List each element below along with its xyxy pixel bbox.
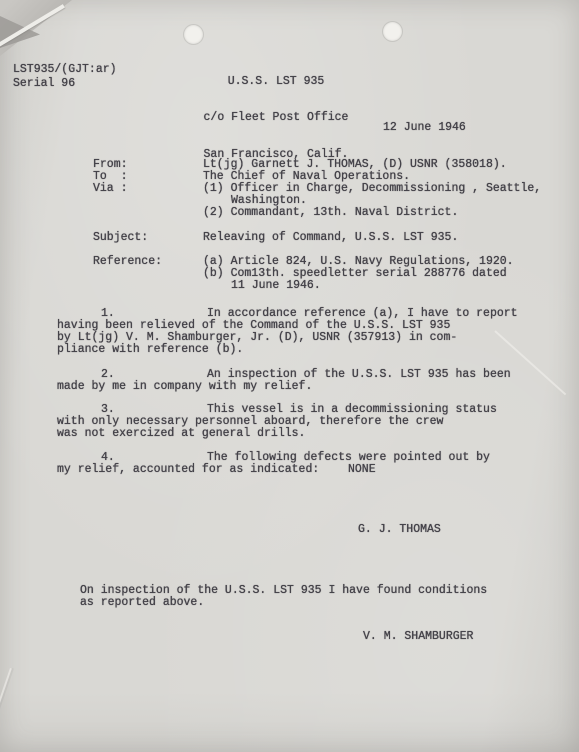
para1-line4: pliance with reference (b).: [57, 344, 243, 356]
para3-line3: was not exercized at general drills.: [57, 428, 305, 440]
scanned-letter-page: LST935/(GJT:ar) Serial 96 U.S.S. LST 935…: [0, 0, 579, 752]
letterhead-ship-name: U.S.S. LST 935: [203, 76, 349, 88]
para4-none-value: NONE: [348, 464, 376, 476]
office-ref-line1: LST935/(GJT:ar): [13, 64, 117, 76]
crease-bottom-left: [0, 668, 12, 750]
via-value-2: (2) Commandant, 13th. Naval District.: [203, 207, 458, 219]
crease-right-middle: [494, 330, 566, 395]
punch-hole-right: [383, 22, 402, 41]
reference-item-b-cont: 11 June 1946.: [231, 280, 321, 292]
letterhead-post-office: c/o Fleet Post Office: [203, 112, 349, 124]
subject-value: Releaving of Command, U.S.S. LST 935.: [203, 232, 458, 244]
signature-thomas: G. J. THOMAS: [358, 524, 441, 536]
para2-line2: made by me in company with my relief.: [57, 381, 312, 393]
date-line: 12 June 1946: [383, 122, 466, 134]
crease-bottom-left-shade: [0, 668, 14, 750]
endorsement-line2: as reported above.: [80, 597, 204, 609]
reference-label: Reference:: [93, 256, 162, 268]
office-ref-line2: Serial 96: [13, 78, 75, 90]
punch-hole-left: [184, 25, 203, 44]
via-label: Via :: [93, 183, 128, 195]
para4-line2: my relief, accounted for as indicated:: [57, 464, 319, 476]
subject-label: Subject:: [93, 232, 148, 244]
signature-shamburger: V. M. SHAMBURGER: [363, 631, 473, 643]
